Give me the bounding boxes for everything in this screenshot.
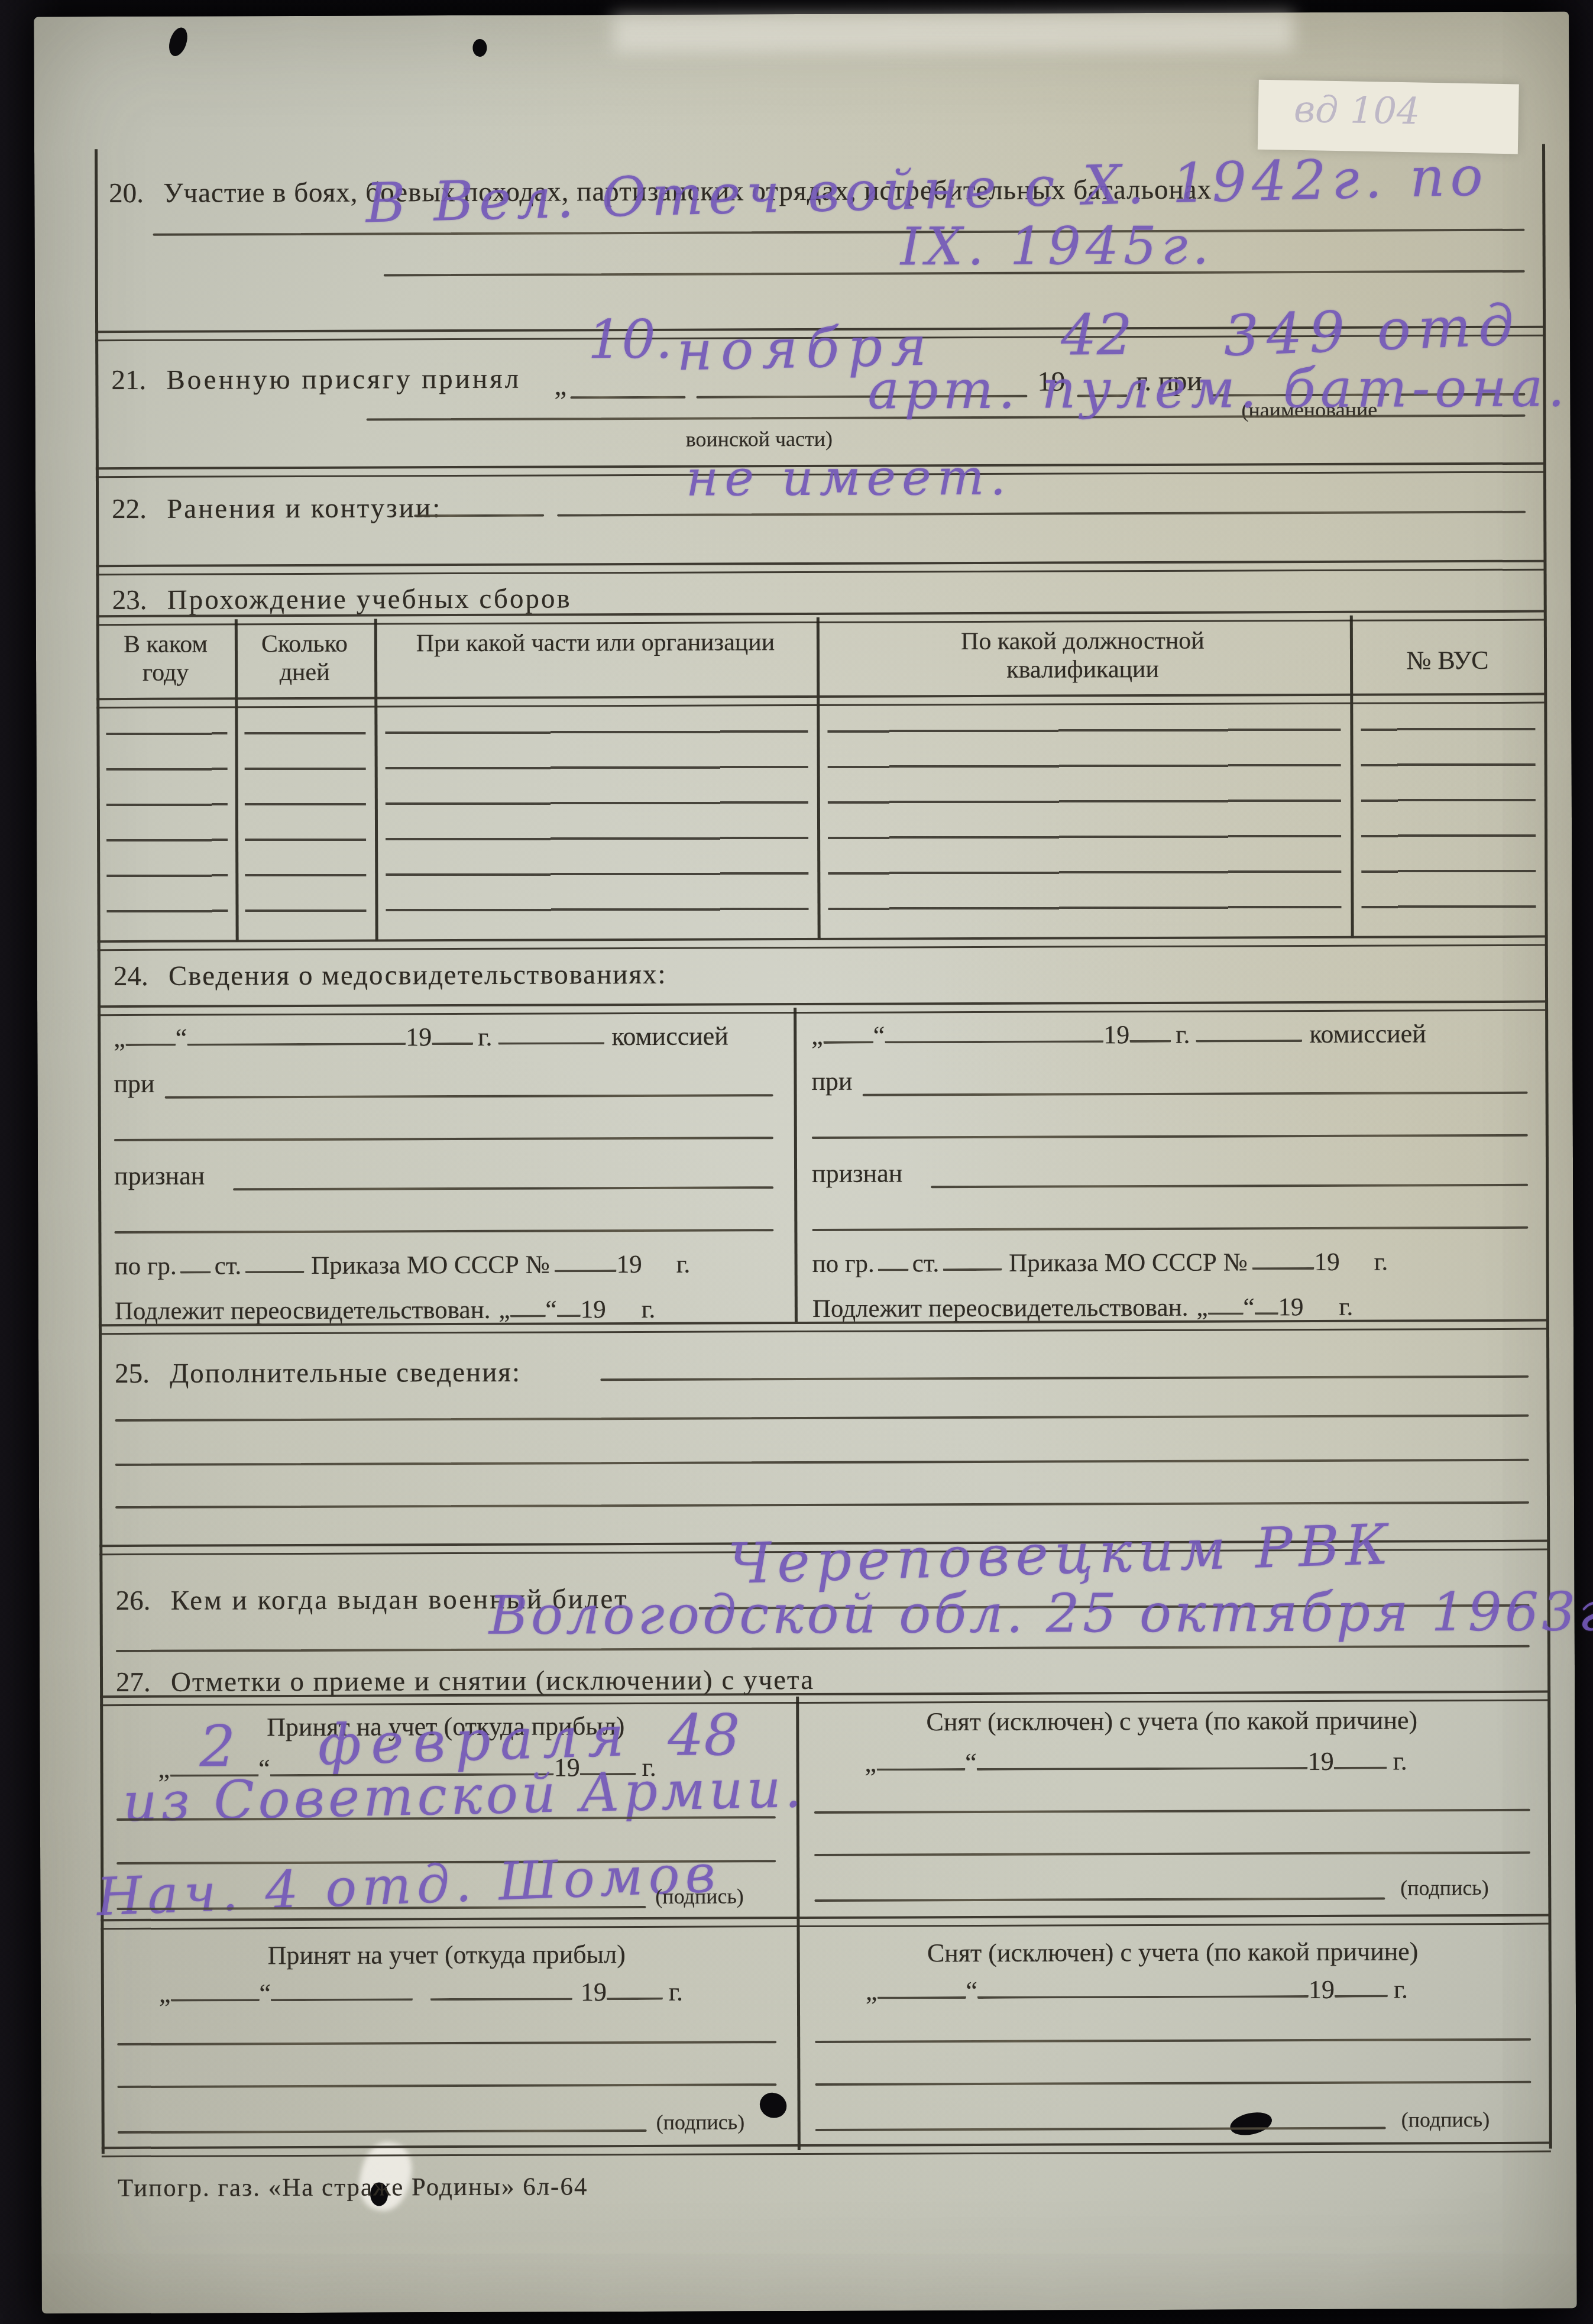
med-rq1-r: „ <box>1196 1295 1207 1320</box>
med-19: 19 <box>406 1024 432 1050</box>
section25-number: 25. <box>115 1358 150 1390</box>
t27-r2-right-date-line: „“19г. <box>866 1976 1408 2004</box>
med-right-rule-3 <box>812 1134 1528 1139</box>
form-left-border <box>95 149 105 2154</box>
med-st-r: ст. <box>912 1251 940 1276</box>
t27-r1-right-rule-1 <box>814 1809 1530 1814</box>
print-shop-imprint: Типогр. газ. «На страже Родины» 6л-64 <box>118 2172 588 2203</box>
s21-day-blank <box>570 396 685 399</box>
t27-q2c: “ <box>259 1980 271 2006</box>
handwriting-no-wounds: не имеет. <box>686 452 1012 503</box>
med-right-rule-pri <box>863 1092 1528 1096</box>
med-r19-r: 19 <box>1278 1294 1304 1320</box>
t23-header-unit: При какой части или организации <box>416 628 775 658</box>
section21-number: 21. <box>111 364 146 396</box>
med-gb: г. <box>676 1252 691 1277</box>
med-left-rule-3 <box>114 1137 773 1141</box>
damage-hole-bottom-center <box>756 2089 791 2122</box>
med-19r: 19 <box>1103 1022 1129 1048</box>
t27-q2b: “ <box>965 1750 977 1776</box>
section20-number: 20. <box>109 177 144 209</box>
section24-title: Сведения о медосвидетельствованиях: <box>169 959 667 992</box>
section23-number: 23. <box>112 584 147 616</box>
s22-bottom-divider <box>96 560 1545 576</box>
t27-r1-right-podpis-rule <box>814 1898 1385 1902</box>
med-right-priznan: признан <box>812 1158 902 1189</box>
t27-r1-right-date-line: „“19г. <box>865 1748 1407 1776</box>
s24-center-divider <box>794 1008 798 1322</box>
t27-19c: 19 <box>581 1979 607 2005</box>
t27-r2-left-rule-2 <box>117 2083 776 2088</box>
med-rq1: „ <box>498 1297 510 1323</box>
t27-r1-left-podpis: (подпись) <box>655 1884 744 1909</box>
med-right-rule-5 <box>812 1226 1528 1231</box>
med-resurvey-r: Подлежит переосвидетельствован. <box>812 1295 1189 1322</box>
med-right-date-line: „“19г.комиссией <box>811 1021 1426 1049</box>
t27-gb: г. <box>1393 1748 1407 1774</box>
top-edge-wear <box>613 12 1293 53</box>
section23-title: Прохождение учебных сборов <box>167 582 572 616</box>
t23-empty-rows-col1 <box>106 703 228 942</box>
section25-title: Дополнительные сведения: <box>170 1357 521 1390</box>
section22-number: 22. <box>112 493 147 525</box>
med-left-resurvey-line: Подлежит переосвидетельствован.„“19г. <box>115 1297 655 1324</box>
handwriting-issued-by: Череповецким РВК <box>727 1517 1395 1593</box>
staple-hole-mid <box>472 39 487 57</box>
med-q1r: „ <box>811 1023 823 1049</box>
section22-title: Ранения и контузии: <box>167 492 442 525</box>
corner-label-text: вд 104 <box>1293 91 1420 130</box>
med-q1: „ <box>114 1025 125 1051</box>
t27-r2-left-podpis-rule <box>118 2129 647 2134</box>
section24-number: 24. <box>114 960 148 992</box>
t27-r2-left-podpis: (подпись) <box>656 2110 745 2135</box>
s25-blank-2 <box>115 1459 1529 1466</box>
t27-r2-right-rule-2 <box>815 2081 1531 2086</box>
t27-r1-right-rule-2 <box>814 1852 1530 1856</box>
t23-vline-3 <box>817 617 821 940</box>
t27-r1-remove-header: Снят (исключен) с учета (по какой причин… <box>814 1705 1530 1738</box>
med-gr-r: по гр. <box>812 1251 875 1277</box>
t27-r2-left-rule-1 <box>117 2041 776 2045</box>
med-left-order-line: по гр.ст.Приказа МО СССР №19г. <box>115 1252 691 1279</box>
handwriting-unit-line2: арт. пулем. бат-она. <box>867 361 1569 417</box>
med-gr: по гр. <box>115 1254 177 1279</box>
section27-number: 27. <box>116 1666 151 1698</box>
t27-r2-right-podpis-rule <box>815 2127 1386 2131</box>
s20-rule-1 <box>153 229 1525 236</box>
t27-q1c: „ <box>159 1981 171 2007</box>
t23-vline-2 <box>374 619 378 941</box>
handwriting-war-service-line2: IX. 1945г. <box>900 220 1213 273</box>
t27-r1-right-podpis: (подпись) <box>1400 1876 1489 1901</box>
s25-trailing-rule <box>600 1375 1529 1381</box>
med-prikaz: Приказа МО СССР № <box>311 1252 550 1278</box>
t27-19d: 19 <box>1309 1977 1335 2003</box>
med-rq2: “ <box>545 1297 556 1322</box>
med-q2: “ <box>176 1025 187 1051</box>
paper-sheet: вд 104 20. Участие в боях, боевых похода… <box>34 11 1577 2313</box>
handwriting-oath-year: 42 <box>1061 308 1132 364</box>
t27-r2-right-podpis: (подпись) <box>1401 2108 1490 2132</box>
t27-gc: г. <box>669 1979 683 2005</box>
handwriting-issued-date: Вологодской обл. 25 октября 1963г. <box>489 1585 1593 1643</box>
staple-hole-left <box>166 25 190 59</box>
med-19b-r: 19 <box>1314 1250 1340 1275</box>
form-right-border <box>1542 144 1552 2149</box>
s24-top-rule <box>98 1001 1547 1017</box>
med-commission: комиссией <box>611 1023 728 1050</box>
t23-header-days: Сколько дней <box>241 630 368 687</box>
t23-header-qualification: По какой должностной квалификации <box>911 626 1254 685</box>
med-q2r: “ <box>873 1023 885 1049</box>
t27-bottom-rule <box>102 2142 1551 2158</box>
t23-header-year: В каком году <box>98 630 234 687</box>
handwriting-accept-signature: Нач. 4 отд. Шомов <box>96 1847 721 1923</box>
med-r19: 19 <box>581 1297 606 1322</box>
med-rq2-r: “ <box>1243 1294 1254 1320</box>
t27-q1b: „ <box>865 1750 876 1776</box>
s21-caption-voinskoy-chasti: воинской части) <box>686 427 833 452</box>
med-gr2: г. <box>1176 1022 1190 1048</box>
t23-empty-rows-col3 <box>385 701 808 941</box>
t27-q1d: „ <box>866 1979 878 2005</box>
handwriting-oath-day: 10. <box>588 313 672 367</box>
t27-gd: г. <box>1394 1976 1408 2002</box>
med-left-rule-pri <box>165 1094 773 1099</box>
med-19b: 19 <box>617 1252 642 1277</box>
corner-label: вд 104 <box>1258 80 1519 154</box>
med-st: ст. <box>215 1253 242 1278</box>
med-commission-r: комиссией <box>1309 1021 1426 1047</box>
med-right-resurvey-line: Подлежит переосвидетельствован.„“19г. <box>812 1294 1353 1322</box>
t23-header-vus: № ВУС <box>1351 646 1544 677</box>
t23-empty-rows-col5 <box>1361 699 1536 938</box>
t23-empty-rows-col4 <box>827 700 1341 940</box>
med-left-date-line: „“19г.комиссией <box>114 1023 728 1051</box>
s21-open-quote: „ <box>554 370 566 402</box>
t27-q2d: “ <box>966 1978 977 2004</box>
med-prikaz-r: Приказа МО СССР № <box>1009 1250 1248 1276</box>
t27-r2-left-date-line: „“19г. <box>159 1979 683 2007</box>
med-right-pri: при <box>811 1067 852 1097</box>
s22-blank-2 <box>557 511 1526 517</box>
t23-empty-rows-col2 <box>244 703 366 942</box>
med-right-order-line: по гр.ст.Приказа МО СССР №19г. <box>812 1250 1388 1277</box>
med-left-pri: при <box>114 1069 154 1099</box>
s26-rule-2 <box>116 1645 1530 1652</box>
med-gb-r: г. <box>1374 1250 1388 1275</box>
med-g: г. <box>478 1024 492 1050</box>
med-rg: г. <box>642 1297 656 1322</box>
handwriting-unit-line1: 349 отд <box>1222 297 1521 365</box>
med-left-rule-5 <box>114 1229 773 1234</box>
med-right-rule-priznan <box>931 1184 1528 1189</box>
t23-vline-1 <box>235 619 239 941</box>
section21-title: Военную присягу принял <box>166 363 521 396</box>
s22-blank-1 <box>414 514 544 517</box>
photo-background: вд 104 20. Участие в боях, боевых похода… <box>0 0 1593 2324</box>
handwriting-accept-year: 48 <box>668 1707 740 1763</box>
med-rg-r: г. <box>1339 1294 1354 1320</box>
t27-19b: 19 <box>1308 1749 1334 1775</box>
med-left-rule-priznan <box>233 1186 773 1190</box>
t27-r2-accept-header: Принят на учет (откуда прибыл) <box>117 1939 776 1971</box>
section26-number: 26. <box>115 1585 150 1617</box>
damage-hole-bottom-right <box>1228 2109 1274 2138</box>
t27-r2-remove-header: Снят (исключен) с учета (по какой причин… <box>815 1937 1531 1969</box>
s25-blank-1 <box>115 1415 1529 1422</box>
med-resurvey: Подлежит переосвидетельствован. <box>115 1297 491 1324</box>
t27-r2-right-rule-1 <box>815 2038 1531 2043</box>
med-left-priznan: признан <box>114 1161 205 1192</box>
s25-blank-3 <box>115 1501 1529 1509</box>
